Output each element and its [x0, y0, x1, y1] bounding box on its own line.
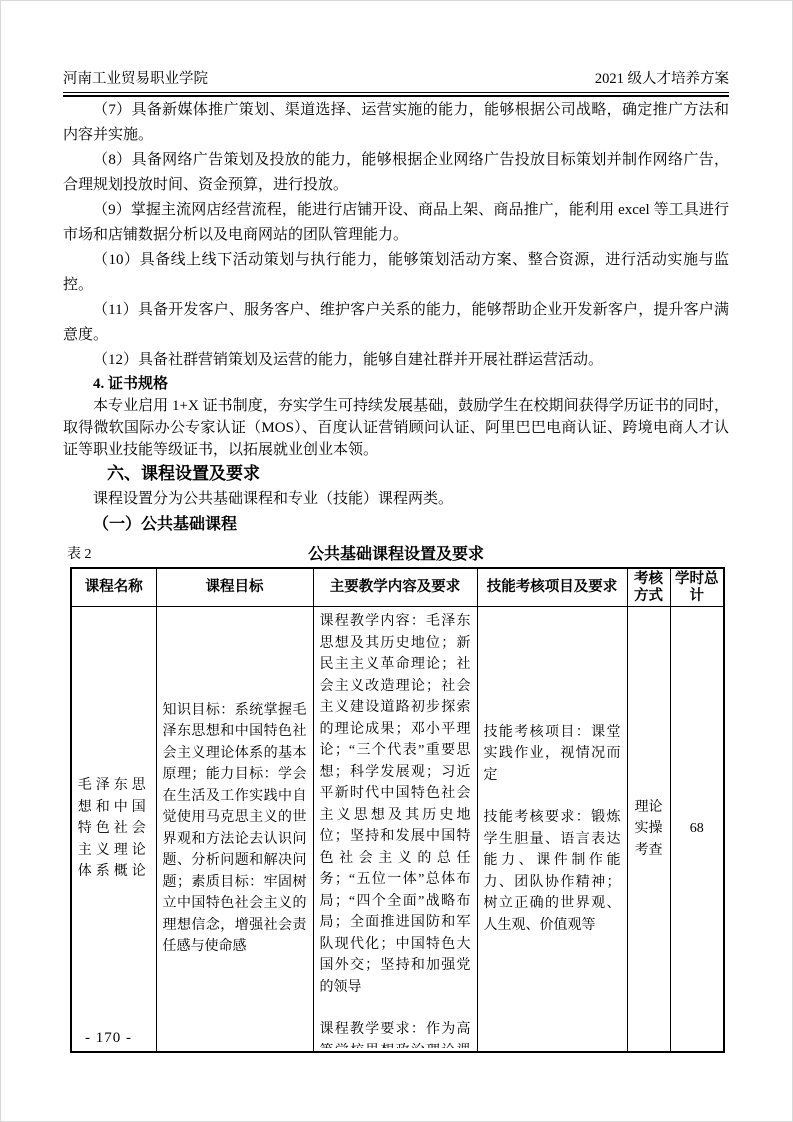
table-row: 毛泽东思想和中国特色社会主义理论体系概论 知识目标：系统掌握毛泽东思想和中国特色… — [71, 607, 724, 1052]
header-rule — [63, 92, 729, 97]
table-header-row: 课程名称 课程目标 主要教学内容及要求 技能考核项目及要求 考核方式 学时总计 — [71, 568, 724, 607]
public-basic-course-table: 课程名称 课程目标 主要教学内容及要求 技能考核项目及要求 考核方式 学时总计 … — [70, 567, 725, 1053]
ability-paragraph-12: （12）具备社群营销策划及运营的能力，能够自建社群并开展社群运营活动。 — [63, 348, 729, 373]
header-plan-title: 2021 级人才培养方案 — [595, 70, 729, 88]
section-intro: 课程设置分为公共基础课程和专业（技能）课程两类。 — [63, 487, 729, 512]
col-header-assessment-method: 考核方式 — [627, 568, 670, 607]
document-page: 河南工业贸易职业学院 2021 级人才培养方案 （7）具备新媒体推广策划、渠道选… — [0, 0, 793, 1122]
ability-paragraph-7: （7）具备新媒体推广策划、渠道选择、运营实施的能力，能够根据公司战略，确定推广方… — [63, 98, 729, 148]
certificate-heading: 4. 证书规格 — [63, 373, 729, 395]
section-heading-course-setting: 六、课程设置及要求 — [63, 461, 729, 487]
table-caption: 表 2 公共基础课程设置及要求 — [63, 543, 729, 567]
cell-total-hours: 68 — [670, 607, 724, 1052]
cell-teaching-content: 课程教学内容：毛泽东思想及其历史地位；新民主主义革命理论；社会主义改造理论；社会… — [313, 607, 477, 1052]
skill-assessment-part1: 技能考核项目：课堂实践作业，视情况而定 — [484, 722, 621, 787]
ability-paragraph-11: （11）具备开发客户、服务客户、维护客户关系的能力，能够帮助企业开发新客户，提升… — [63, 298, 729, 348]
page-header: 河南工业贸易职业学院 2021 级人才培养方案 — [63, 70, 729, 97]
table-label: 表 2 — [67, 543, 92, 567]
col-header-course-name: 课程名称 — [71, 568, 156, 607]
page-number: - 170 - — [85, 1030, 132, 1047]
ability-paragraph-10: （10）具备线上线下活动策划与执行能力，能够策划活动方案、整合资源，进行活动实施… — [63, 248, 729, 298]
col-header-total-hours: 学时总计 — [670, 568, 724, 607]
col-header-skill-assessment: 技能考核项目及要求 — [477, 568, 627, 607]
teaching-content-part1: 课程教学内容：毛泽东思想及其历史地位；新民主主义革命理论；社会主义改造理论；社会… — [320, 611, 471, 998]
col-header-teaching-content: 主要教学内容及要求 — [313, 568, 477, 607]
ability-paragraph-9: （9）掌握主流网店经营流程，能进行店铺开设、商品上架、商品推广，能利用 exce… — [63, 198, 729, 248]
skill-assessment-part2: 技能考核要求：锻炼学生胆量、语言表达能力、课件制作能力、团队协作精神；树立正确的… — [484, 807, 621, 936]
col-header-course-objective: 课程目标 — [156, 568, 313, 607]
header-school-name: 河南工业贸易职业学院 — [63, 70, 208, 88]
ability-paragraph-8: （8）具备网络广告策划及投放的能力，能够根据企业网络广告投放目标策划并制作网络广… — [63, 148, 729, 198]
cell-course-objectives: 知识目标：系统掌握毛泽东思想和中国特色社会主义理论体系的基本原理；能力目标：学会… — [156, 607, 313, 1052]
certificate-paragraph: 本专业启用 1+X 证书制度，夯实学生可持续发展基础，鼓励学生在校期间获得学历证… — [63, 395, 729, 461]
subsection-heading-public-basic-courses: （一）公共基础课程 — [63, 512, 729, 537]
table-title: 公共基础课程设置及要求 — [63, 543, 729, 567]
cell-assessment-method: 理论实操考查 — [627, 607, 670, 1052]
cell-course-name: 毛泽东思想和中国特色社会主义理论体系概论 — [71, 607, 156, 1052]
teaching-content-part2: 课程教学要求：作为高等学校思想政治理论课的必修课程之一，着重讲授中国共产党把马克… — [320, 1019, 471, 1048]
page-body: （7）具备新媒体推广策划、渠道选择、运营实施的能力，能够根据公司战略，确定推广方… — [63, 98, 729, 1053]
cell-skill-assessment: 技能考核项目：课堂实践作业，视情况而定 技能考核要求：锻炼学生胆量、语言表达能力… — [477, 607, 627, 1052]
